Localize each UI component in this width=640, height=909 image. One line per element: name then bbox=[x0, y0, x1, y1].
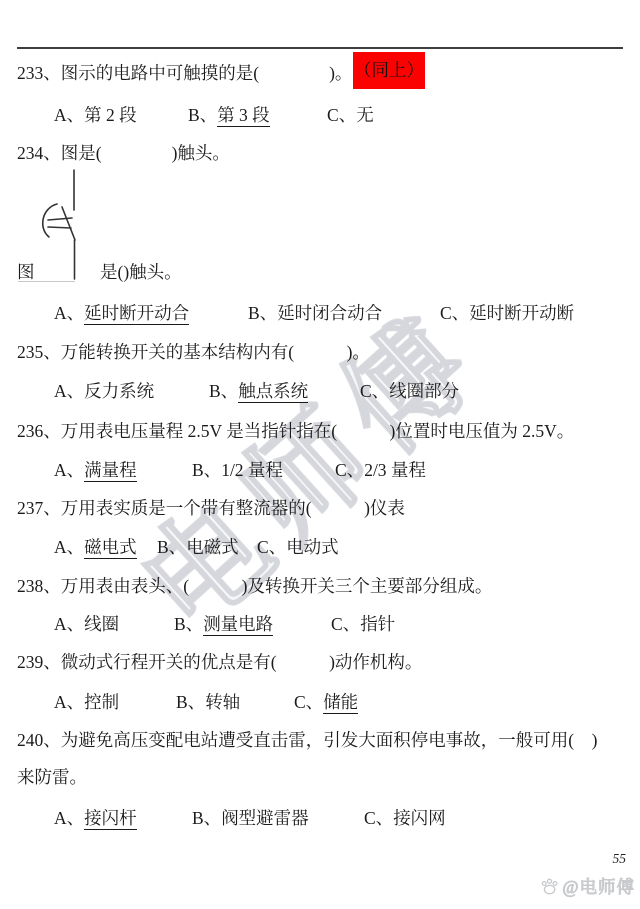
option: A、线圈 bbox=[54, 605, 119, 643]
option: B、测量电路 bbox=[174, 605, 273, 643]
option: B、延时闭合动合 bbox=[248, 294, 382, 332]
option-text: 2/3 量程 bbox=[364, 460, 426, 480]
option-text: 反力系统 bbox=[84, 381, 154, 401]
option: C、无 bbox=[327, 96, 374, 134]
option-label: B、 bbox=[192, 808, 221, 828]
question-text: 来防雷。 bbox=[17, 767, 87, 787]
option-text: 延时断开动合 bbox=[84, 303, 189, 325]
option: C、延时断开动断 bbox=[440, 294, 574, 332]
option-label: A、 bbox=[54, 105, 84, 125]
question-stem: 237、万用表实质是一个带有整流器的( )仪表 bbox=[0, 489, 640, 527]
question-text: 238、万用表由表头、( )及转换开关三个主要部分组成。 bbox=[17, 576, 492, 596]
option-text: 指针 bbox=[360, 614, 395, 634]
option-row: A、反力系统B、触点系统C、线圈部分 bbox=[0, 372, 640, 410]
question-stem: 238、万用表由表头、( )及转换开关三个主要部分组成。 bbox=[0, 567, 640, 605]
option-label: B、 bbox=[174, 614, 203, 634]
option-text: 阀型避雷器 bbox=[221, 808, 309, 828]
option-row: A、第 2 段B、第 3 段C、无 bbox=[0, 96, 640, 134]
figure-caption-suffix: 是()触头。 bbox=[100, 253, 182, 291]
option-row: A、磁电式B、电磁式C、电动式 bbox=[0, 528, 640, 566]
option-label: C、 bbox=[331, 614, 360, 634]
question-stem: 来防雷。 bbox=[0, 758, 640, 796]
question-text: 233、图示的电路中可触摸的是( )。 bbox=[17, 63, 352, 83]
option-label: B、 bbox=[209, 381, 238, 401]
option-label: B、 bbox=[192, 460, 221, 480]
option-text: 触点系统 bbox=[238, 381, 308, 403]
option: A、满量程 bbox=[54, 451, 137, 489]
option-text: 无 bbox=[356, 105, 374, 125]
option: C、储能 bbox=[294, 683, 358, 721]
question-text: 234、图是( )触头。 bbox=[17, 143, 230, 163]
option-label: C、 bbox=[440, 303, 469, 323]
figure-caption: 图是()触头。 bbox=[0, 253, 640, 291]
option: C、电动式 bbox=[257, 528, 339, 566]
option: C、2/3 量程 bbox=[335, 451, 426, 489]
option-label: A、 bbox=[54, 460, 84, 480]
option-label: A、 bbox=[54, 303, 84, 323]
option-label: C、 bbox=[294, 692, 323, 712]
option-text: 电动式 bbox=[286, 537, 339, 557]
option-text: 线圈 bbox=[84, 614, 119, 634]
question-stem: 240、为避免高压变配电站遭受直击雷，引发大面积停电事故，一般可用( ) bbox=[0, 721, 640, 759]
option-label: A、 bbox=[54, 808, 84, 828]
option-label: C、 bbox=[360, 381, 389, 401]
corner-watermark-text: @电师傅 bbox=[562, 874, 635, 899]
question-stem: 234、图是( )触头。 bbox=[0, 134, 640, 172]
option-text: 延时断开动断 bbox=[469, 303, 574, 323]
option-row: A、线圈B、测量电路C、指针 bbox=[0, 605, 640, 643]
option-text: 第 2 段 bbox=[84, 105, 137, 125]
option-label: C、 bbox=[327, 105, 356, 125]
option-label: B、 bbox=[157, 537, 186, 557]
option-row: A、控制B、转轴C、储能 bbox=[0, 683, 640, 721]
option: A、磁电式 bbox=[54, 528, 137, 566]
question-stem: 233、图示的电路中可触摸的是( )。（同上） bbox=[0, 54, 640, 92]
option-label: A、 bbox=[54, 614, 84, 634]
option-text: 测量电路 bbox=[203, 614, 273, 636]
question-text: 235、万能转换开关的基本结构内有( )。 bbox=[17, 342, 370, 362]
option-label: B、 bbox=[188, 105, 217, 125]
option: B、阀型避雷器 bbox=[192, 799, 309, 837]
option-label: A、 bbox=[54, 537, 84, 557]
option: C、接闪网 bbox=[364, 799, 446, 837]
option-row: A、满量程B、1/2 量程C、2/3 量程 bbox=[0, 451, 640, 489]
option: C、指针 bbox=[331, 605, 395, 643]
option: B、转轴 bbox=[176, 683, 240, 721]
option-text: 接闪网 bbox=[393, 808, 446, 828]
page-number: 55 bbox=[613, 851, 627, 867]
figure-caption-prefix: 图 bbox=[17, 253, 35, 291]
question-text: 239、微动式行程开关的优点是有( )动作机构。 bbox=[17, 652, 422, 672]
question-page: 电师傅 55 @电师傅 233、图示的电路中可触摸的是( )。（同上）A、第 2… bbox=[0, 0, 640, 909]
option-text: 1/2 量程 bbox=[221, 460, 283, 480]
exam-page: { "page": { "number": "55", "highlight_c… bbox=[0, 0, 640, 909]
option-text: 第 3 段 bbox=[217, 105, 270, 127]
option-label: C、 bbox=[335, 460, 364, 480]
question-stem: 236、万用表电压量程 2.5V 是当指针指在( )位置时电压值为 2.5V。 bbox=[0, 412, 640, 450]
option: B、第 3 段 bbox=[188, 96, 270, 134]
corner-watermark: @电师傅 bbox=[540, 874, 635, 899]
option-label: B、 bbox=[176, 692, 205, 712]
option-label: A、 bbox=[54, 381, 84, 401]
question-text: 237、万用表实质是一个带有整流器的( )仪表 bbox=[17, 498, 405, 518]
option-label: A、 bbox=[54, 692, 84, 712]
option: B、电磁式 bbox=[157, 528, 239, 566]
option-text: 线圈部分 bbox=[389, 381, 459, 401]
option: B、触点系统 bbox=[209, 372, 308, 410]
question-text: 236、万用表电压量程 2.5V 是当指针指在( )位置时电压值为 2.5V。 bbox=[17, 421, 574, 441]
question-text: 240、为避免高压变配电站遭受直击雷，引发大面积停电事故，一般可用( ) bbox=[17, 730, 597, 750]
option-label: C、 bbox=[364, 808, 393, 828]
option-label: B、 bbox=[248, 303, 277, 323]
paw-icon bbox=[540, 878, 560, 895]
option-text: 满量程 bbox=[84, 460, 137, 482]
option-text: 接闪杆 bbox=[84, 808, 137, 830]
option-text: 控制 bbox=[84, 692, 119, 712]
question-stem: 239、微动式行程开关的优点是有( )动作机构。 bbox=[0, 643, 640, 681]
option-row: A、延时断开动合B、延时闭合动合C、延时断开动断 bbox=[0, 294, 640, 332]
option: C、线圈部分 bbox=[360, 372, 459, 410]
option: A、接闪杆 bbox=[54, 799, 137, 837]
option: A、控制 bbox=[54, 683, 119, 721]
option: B、1/2 量程 bbox=[192, 451, 283, 489]
option-text: 储能 bbox=[323, 692, 358, 714]
option-text: 延时闭合动合 bbox=[277, 303, 382, 323]
header-divider bbox=[17, 47, 623, 49]
option-label: C、 bbox=[257, 537, 286, 557]
option: A、第 2 段 bbox=[54, 96, 137, 134]
option-text: 电磁式 bbox=[186, 537, 239, 557]
option-text: 磁电式 bbox=[84, 537, 137, 559]
answer-highlight: （同上） bbox=[353, 52, 425, 89]
option-text: 转轴 bbox=[205, 692, 240, 712]
option: A、反力系统 bbox=[54, 372, 154, 410]
option-row: A、接闪杆B、阀型避雷器C、接闪网 bbox=[0, 799, 640, 837]
question-stem: 235、万能转换开关的基本结构内有( )。 bbox=[0, 333, 640, 371]
option: A、延时断开动合 bbox=[54, 294, 189, 332]
